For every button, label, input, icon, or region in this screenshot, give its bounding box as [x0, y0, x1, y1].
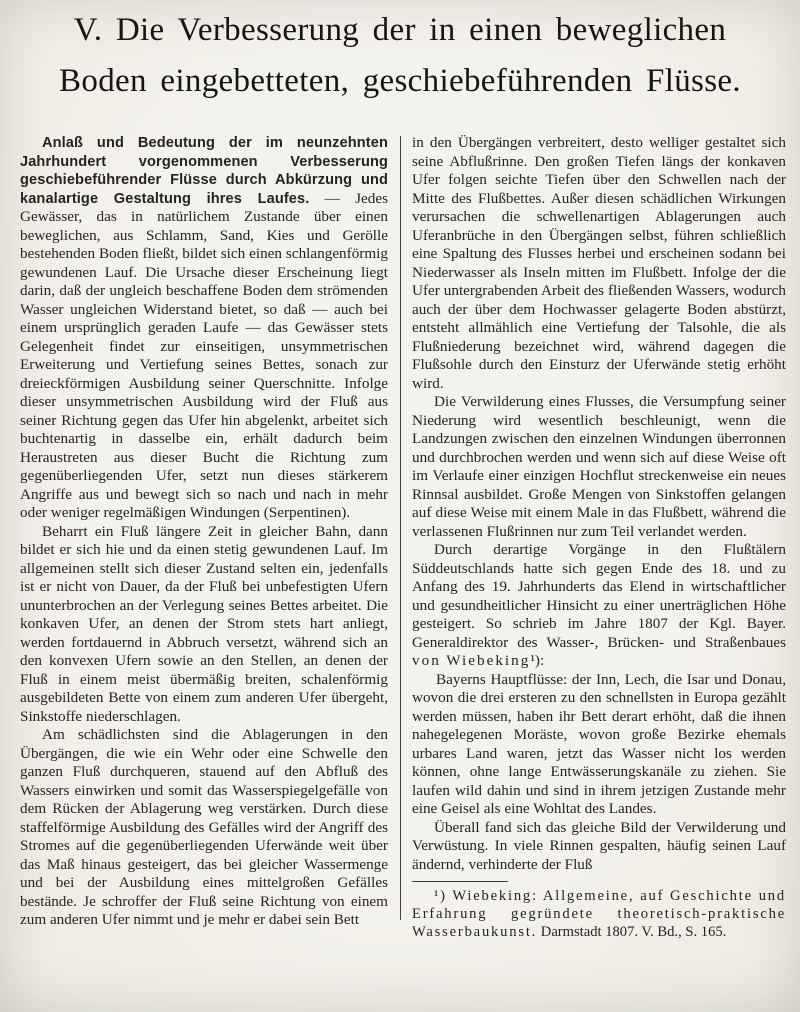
footnote-separator-rule [412, 881, 508, 882]
two-column-text: Anlaß und Bedeutung der im neunzehnten J… [0, 134, 800, 942]
paragraph: Beharrt ein Fluß längere Zeit in gleiche… [20, 523, 388, 727]
footnote-normal-text: Darmstadt 1807. V. Bd., S. 165. [537, 924, 726, 940]
paragraph-text: Durch derartige Vorgänge in den Flußtäle… [412, 541, 786, 651]
lead-paragraph-text: — Jedes Gewässer, das in natürlichem Zus… [20, 190, 388, 522]
left-column: Anlaß und Bedeutung der im neunzehnten J… [20, 134, 388, 942]
chapter-title: V. Die Verbesserung der in einen bewegli… [0, 0, 800, 107]
footnote: ¹) Wiebeking: Allgemeine, auf Geschichte… [412, 887, 786, 942]
footnote-reference: ¹): [530, 652, 544, 669]
paragraph: Am schädlichsten sind die Ablagerungen i… [20, 726, 388, 930]
chapter-title-line-1: V. Die Verbesserung der in einen bewegli… [0, 5, 800, 56]
paragraph: Durch derartige Vorgänge in den Flußtäle… [412, 541, 786, 671]
paragraph-continuation: in den Übergängen verbreitert, desto wel… [412, 134, 786, 393]
block-quote: Bayerns Hauptflüsse: der Inn, Lech, die … [412, 671, 786, 819]
lead-paragraph: Anlaß und Bedeutung der im neunzehnten J… [20, 134, 388, 523]
column-divider-rule [400, 136, 401, 920]
book-page: V. Die Verbesserung der in einen bewegli… [0, 0, 800, 1012]
spaced-author-name: von Wiebeking [412, 652, 530, 669]
right-column: in den Übergängen verbreitert, desto wel… [412, 134, 786, 942]
chapter-title-line-2: Boden eingebetteten, geschiebeführenden … [0, 56, 800, 107]
paragraph: Überall fand sich das gleiche Bild der V… [412, 819, 786, 875]
paragraph: Die Verwilderung eines Flusses, die Vers… [412, 393, 786, 541]
